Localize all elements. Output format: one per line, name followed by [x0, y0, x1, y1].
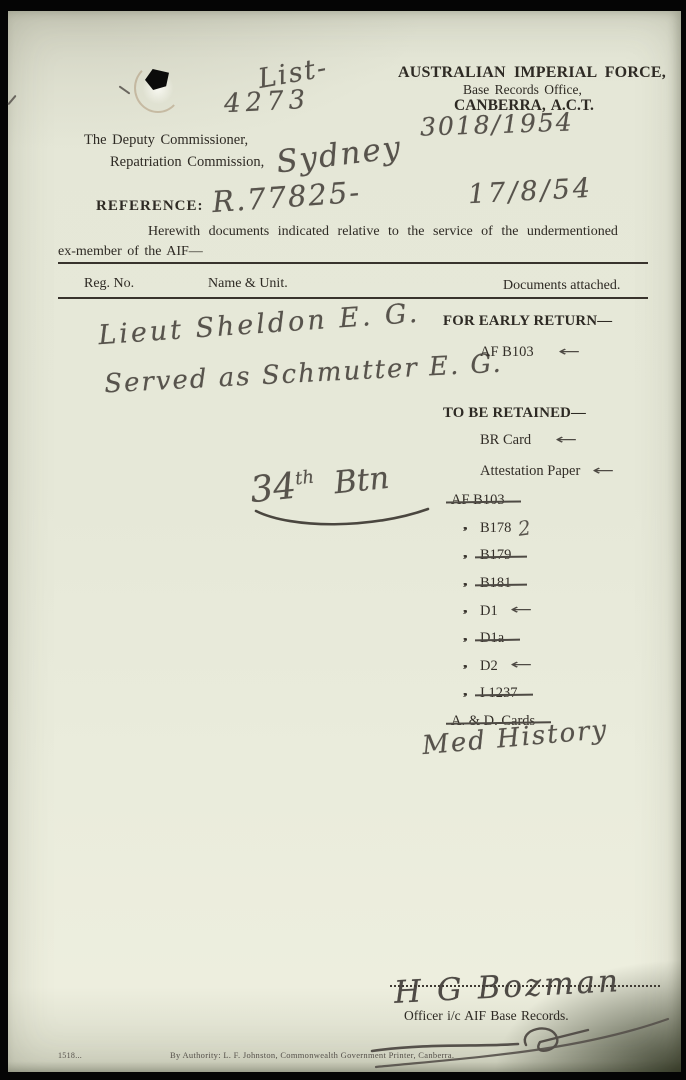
document-item-d1a: ,,D1a — [451, 625, 681, 653]
handwritten-unit: 34th Btn — [248, 456, 391, 511]
body-line1: Herewith documents indicated relative to… — [148, 224, 618, 240]
letterhead-line1: AUSTRALIAN IMPERIAL FORCE, — [398, 64, 666, 82]
document-item-b179: ,,B179 — [451, 542, 681, 570]
document-item-attestation-paper: Attestation Paper← — [451, 456, 681, 487]
strikethrough-line — [475, 556, 527, 559]
pencil-mark — [119, 85, 131, 94]
document-item-d2: ,,D2← — [451, 653, 681, 681]
document-label: B178 — [480, 520, 511, 537]
retained-heading: TO BE RETAINED— — [443, 405, 586, 422]
column-header-reg-no: Reg. No. — [84, 276, 134, 292]
document-label: AF B103 — [451, 492, 505, 509]
early-return-heading: FOR EARLY RETURN— — [443, 313, 612, 330]
retained-list: BR Card←Attestation Paper←AF B103,,B1782… — [451, 425, 681, 735]
strikethrough-line — [475, 694, 533, 697]
document-label: I 1237 — [480, 685, 517, 702]
strikethrough-line — [475, 638, 520, 641]
check-arrow-icon: ← — [558, 344, 580, 360]
handwritten-member-name: Lieut Sheldon E. G. — [97, 298, 421, 351]
ditto-mark: ,, — [463, 600, 480, 616]
underline-flourish — [252, 505, 432, 533]
pencil-mark — [7, 95, 16, 105]
check-arrow-icon: ← — [510, 657, 532, 673]
document-item-af-b103: AF B103 — [451, 487, 681, 515]
check-arrow-icon: ← — [592, 463, 614, 479]
document-item-i-1237: ,,I 1237 — [451, 680, 681, 708]
check-arrow-icon: ← — [555, 432, 577, 448]
document-label: D2 — [480, 658, 498, 675]
handwritten-reference-number: R.77825- — [211, 175, 362, 219]
column-header-documents-attached: Documents attached. — [503, 278, 620, 294]
reference-label: REFERENCE: — [96, 198, 204, 215]
strikethrough-line — [446, 500, 521, 503]
strikethrough-line — [475, 583, 527, 586]
document-label: B179 — [480, 547, 511, 564]
document-item-br-card: BR Card← — [451, 425, 681, 456]
signature-scrawl — [368, 1011, 674, 1073]
unit-ordinal: th — [294, 467, 315, 490]
document-label: BR Card — [480, 432, 531, 449]
check-arrow-icon: ← — [510, 602, 532, 618]
ditto-mark: ,, — [463, 628, 480, 644]
ditto-mark: ,, — [463, 517, 480, 533]
signature-line — [390, 985, 660, 987]
addressee-line1: The Deputy Commissioner, — [84, 132, 248, 149]
handwritten-city: Sydney — [274, 129, 404, 180]
document-label: D1 — [480, 603, 498, 620]
form-number: 1518... — [58, 1051, 82, 1060]
unit-word: Btn — [332, 460, 391, 502]
table-rule-bottom — [58, 297, 648, 299]
handwritten-list-number: 4273 — [223, 85, 311, 119]
body-line2: ex-member of the AIF— — [58, 244, 203, 260]
early-return-list: AF B103← — [451, 337, 681, 368]
handwritten-count: 2 — [517, 516, 533, 542]
table-rule-top — [58, 262, 648, 264]
ditto-mark: ,, — [463, 545, 480, 561]
handwritten-served-as: Served as Schmutter E. G. — [103, 349, 503, 400]
document-item-b178: ,,B1782 — [451, 515, 681, 543]
handwritten-signature: H G Bozman — [393, 963, 622, 1011]
document-item-af-b103: AF B103← — [451, 337, 681, 368]
document-label: B181 — [480, 575, 511, 592]
printer-imprint: By Authority: L. F. Johnston, Commonweal… — [170, 1050, 454, 1060]
handwritten-file-number: 3018/1954 — [420, 107, 575, 141]
document-item-b181: ,,B181 — [451, 570, 681, 598]
handwritten-date: 17/8/54 — [467, 173, 594, 211]
letterhead-line2: Base Records Office, — [463, 82, 582, 98]
addressee-line2: Repatriation Commission, — [110, 154, 264, 171]
document-item-d1: ,,D1← — [451, 597, 681, 625]
paper-sheet: List- 4273 AUSTRALIAN IMPERIAL FORCE, Ba… — [8, 11, 681, 1072]
ditto-mark: ,, — [463, 683, 480, 699]
document-label: Attestation Paper — [480, 463, 580, 480]
ditto-mark: ,, — [463, 655, 480, 671]
document-label: D1a — [480, 630, 504, 647]
document-label: AF B103 — [480, 344, 534, 361]
column-header-name-unit: Name & Unit. — [208, 276, 288, 292]
scanned-document: List- 4273 AUSTRALIAN IMPERIAL FORCE, Ba… — [0, 0, 686, 1080]
